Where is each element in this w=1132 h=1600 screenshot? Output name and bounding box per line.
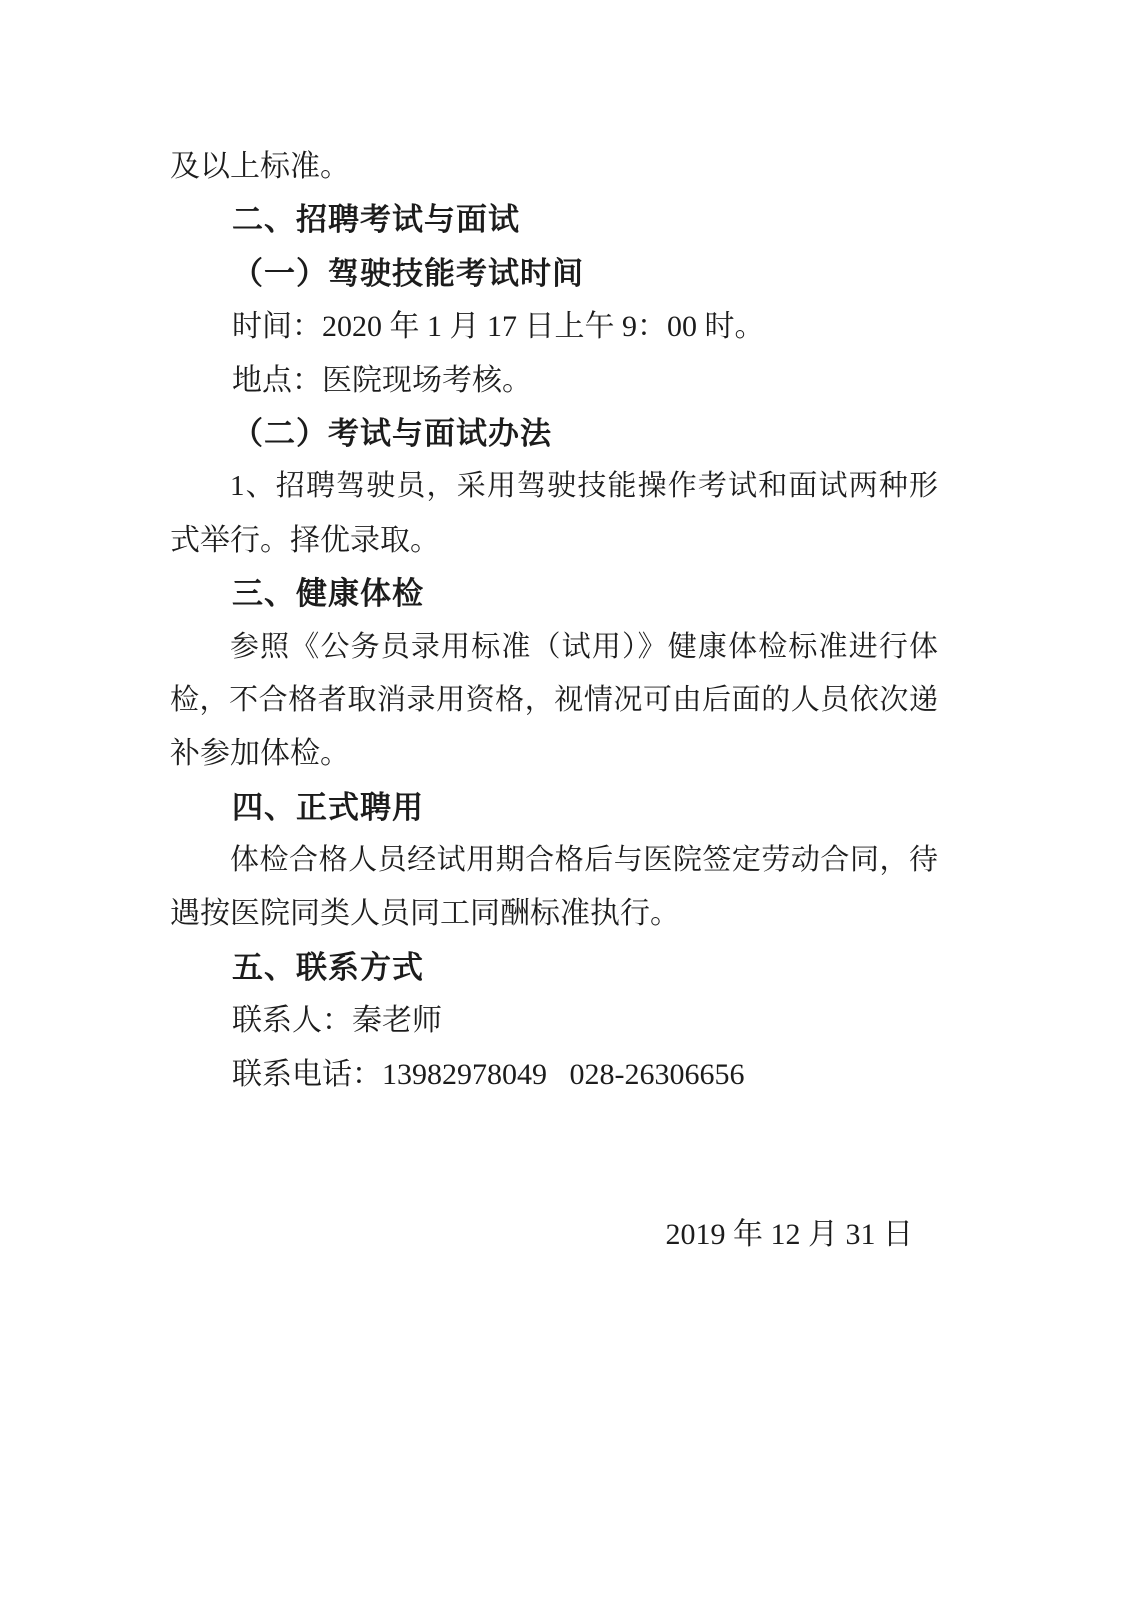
- text-line: 地点：医院现场考核。: [170, 354, 938, 407]
- section-heading: 四、正式聘用: [170, 781, 938, 834]
- text-line: 遇按医院同类人员同工同酬标准执行。: [170, 887, 938, 940]
- document-content: 及以上标准。二、招聘考试与面试（一）驾驶技能考试时间时间：2020 年 1 月 …: [170, 140, 938, 1261]
- section-heading: 二、招聘考试与面试: [170, 193, 938, 246]
- text-line: 及以上标准。: [170, 140, 938, 193]
- text-line: 联系电话：13982978049 028-26306656: [170, 1048, 938, 1101]
- section-heading: （二）考试与面试办法: [170, 407, 938, 460]
- text-line: 联系人：秦老师: [170, 994, 938, 1047]
- section-heading: 五、联系方式: [170, 941, 938, 994]
- text-line: 体检合格人员经试用期合格后与医院签定劳动合同，待: [170, 834, 938, 887]
- section-heading: 三、健康体检: [170, 567, 938, 620]
- text-line: 检，不合格者取消录用资格，视情况可由后面的人员依次递: [170, 674, 938, 727]
- text-line: 时间：2020 年 1 月 17 日上午 9：00 时。: [170, 300, 938, 353]
- text-line: 参照《公务员录用标准（试用）》健康体检标准进行体: [170, 621, 938, 674]
- text-line: 1、招聘驾驶员，采用驾驶技能操作考试和面试两种形: [170, 460, 938, 513]
- date-line: 2019 年 12 月 31 日: [170, 1208, 938, 1261]
- text-line: 补参加体检。: [170, 727, 938, 780]
- blank-line: [170, 1154, 938, 1207]
- blank-line: [170, 1101, 938, 1154]
- document-page: 及以上标准。二、招聘考试与面试（一）驾驶技能考试时间时间：2020 年 1 月 …: [0, 0, 1132, 1600]
- text-line: 式举行。择优录取。: [170, 514, 938, 567]
- section-heading: （一）驾驶技能考试时间: [170, 247, 938, 300]
